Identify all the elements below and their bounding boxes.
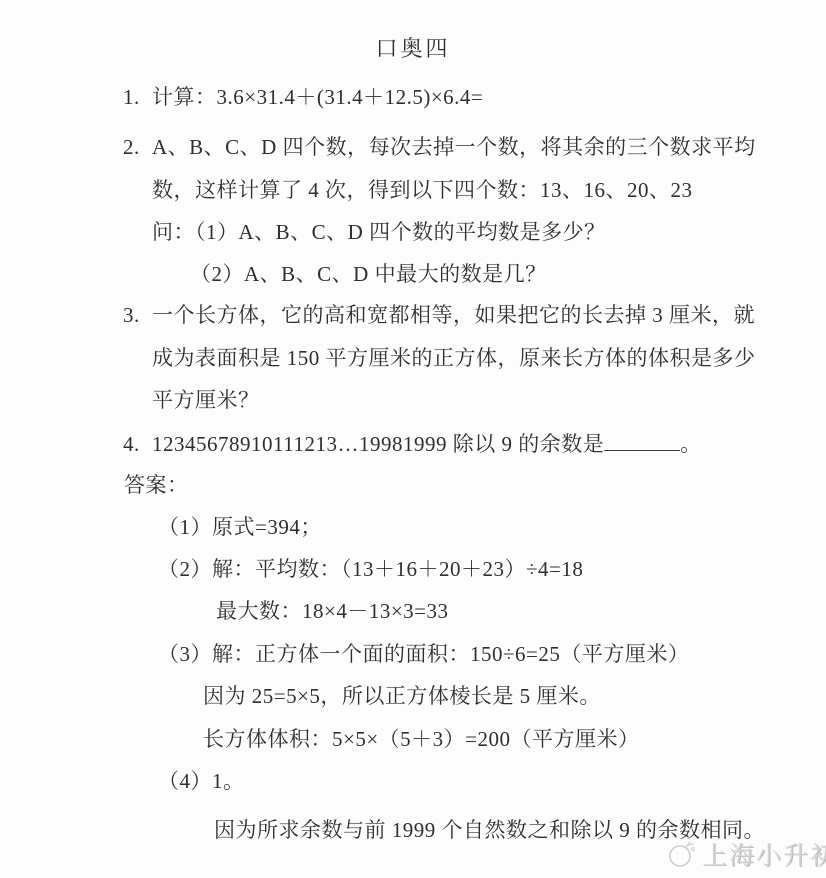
answer-item-1: （1）原式=394； xyxy=(158,515,322,539)
problem-3-line-2: 成为表面积是 150 平方厘米的正方体，原来长方体的体积是多少 xyxy=(152,346,756,370)
problem-4-number: 4. xyxy=(123,432,152,456)
watermark: 上海小升初 xyxy=(666,836,826,872)
answer-item-3-continued-1: 因为 25=5×5，所以正方体棱长是 5 厘米。 xyxy=(203,684,601,708)
problem-1-text: 计算：3.6×31.4＋(31.4＋12.5)×6.4= xyxy=(152,85,483,109)
answers-heading: 答案： xyxy=(124,473,189,497)
answer-item-4: （4）1。 xyxy=(158,769,245,793)
problem-2-line-2: 数，这样计算了 4 次，得到以下四个数：13、16、20、23 xyxy=(152,178,693,202)
problem-2-number: 2. xyxy=(123,135,152,159)
problem-3-line-3: 平方厘米？ xyxy=(152,388,260,412)
answer-item-2-continued: 最大数：18×4－13×3=33 xyxy=(216,599,449,623)
watermark-text: 上海小升初 xyxy=(702,836,826,872)
problem-4-text: 12345678910111213…19981999 除以 9 的余数是 xyxy=(152,432,604,456)
problem-4-text-end: 。 xyxy=(680,432,702,456)
problem-1-line-1: 1.计算：3.6×31.4＋(31.4＋12.5)×6.4= xyxy=(123,85,483,109)
page-title: 口奥四 xyxy=(0,32,826,63)
problem-2-question-2: （2）A、B、C、D 中最大的数是几？ xyxy=(190,262,547,286)
problem-3-number: 3. xyxy=(123,303,152,327)
document-page: 口奥四 1.计算：3.6×31.4＋(31.4＋12.5)×6.4= 2.A、B… xyxy=(0,0,826,878)
answer-item-2: （2）解：平均数：（13＋16＋20＋23）÷4=18 xyxy=(158,557,583,581)
problem-4-line-1: 4.12345678910111213…19981999 除以 9 的余数是。 xyxy=(123,430,702,456)
answer-item-3-continued-2: 长方体体积：5×5×（5＋3）=200（平方厘米） xyxy=(203,727,640,751)
fill-in-blank-underline xyxy=(604,430,680,451)
problem-1-number: 1. xyxy=(123,85,152,109)
problem-3-text: 一个长方体，它的高和宽都相等，如果把它的长去掉 3 厘米，就 xyxy=(152,303,755,327)
problem-3-line-1: 3.一个长方体，它的高和宽都相等，如果把它的长去掉 3 厘米，就 xyxy=(123,303,755,327)
problem-2-question-1: 问：（1）A、B、C、D 四个数的平均数是多少？ xyxy=(152,220,606,244)
answer-item-3: （3）解：正方体一个面的面积：150÷6=25（平方厘米） xyxy=(158,642,689,666)
watermark-mascot-icon xyxy=(666,839,696,869)
problem-2-line-1: 2.A、B、C、D 四个数，每次去掉一个数，将其余的三个数求平均 xyxy=(123,135,756,159)
problem-2-text: A、B、C、D 四个数，每次去掉一个数，将其余的三个数求平均 xyxy=(152,135,756,159)
